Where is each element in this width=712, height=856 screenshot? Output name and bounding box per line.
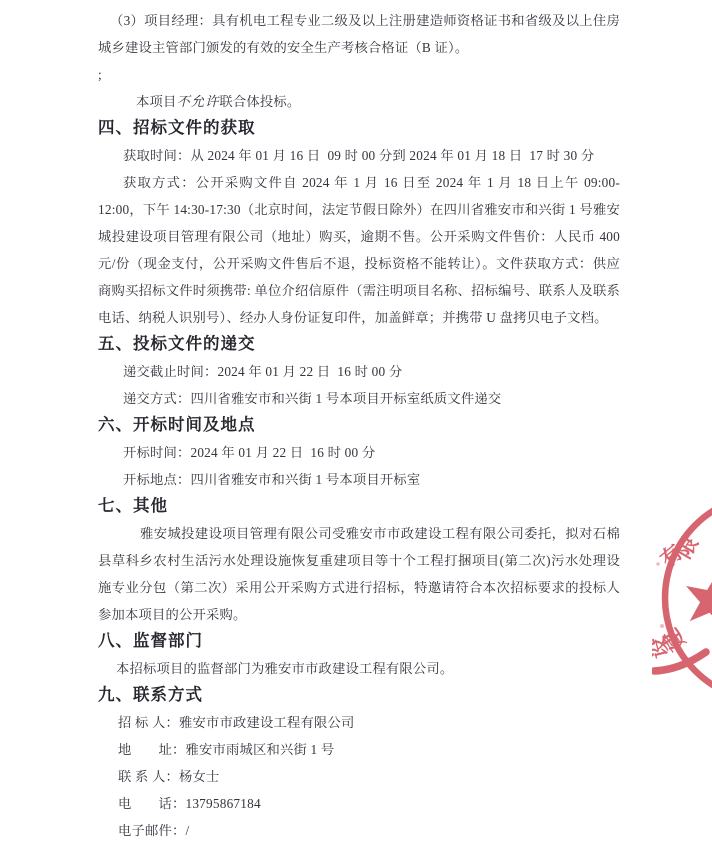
official-seal: 有 限 建 设: [652, 506, 712, 696]
contact-label: 地 址：: [118, 742, 185, 757]
section-title-bid-submission: 五、投标文件的递交: [98, 331, 620, 358]
contact-row-person: 联 系 人：杨女士: [98, 763, 620, 790]
contact-row-tenderee: 招 标 人：雅安市市政建设工程有限公司: [98, 709, 620, 736]
consortium-emphasis: 不允许: [177, 94, 220, 109]
contact-row-email: 电子邮件：/: [98, 817, 620, 844]
contact-value: 杨女士: [179, 769, 220, 784]
seal-speckle: [660, 624, 664, 628]
official-seal-graphic: 有 限 建 设: [652, 506, 712, 696]
contact-value: 雅安市雨城区和兴街 1 号: [185, 742, 334, 757]
contact-label: 电 话：: [118, 796, 185, 811]
contact-label: 联 系 人：: [118, 769, 179, 784]
supervision-description: 本招标项目的监督部门为雅安市市政建设工程有限公司。: [98, 655, 620, 682]
contact-label: 电子邮件：: [118, 823, 185, 838]
seal-char: 有: [656, 540, 688, 572]
submission-method: 递交方式：四川省雅安市和兴街 1 号本项目开标室纸质文件递交: [98, 385, 620, 412]
section-title-document-acquisition: 四、招标文件的获取: [98, 115, 620, 142]
contact-label: 招 标 人：: [118, 715, 179, 730]
stray-semicolon-mark: ;: [98, 61, 620, 88]
notice-body: （3）项目经理：具有机电工程专业二级及以上注册建造师资格证书和省级及以上住房城乡…: [98, 7, 620, 844]
other-description: 雅安城投建设项目管理有限公司受雅安市市政建设工程有限公司委托，拟对石棉县草科乡农…: [98, 520, 620, 628]
consortium-clause: 本项目不允许联合体投标。: [98, 88, 620, 115]
seal-ring-bottom-arc: [654, 652, 706, 671]
opening-location: 开标地点：四川省雅安市和兴街 1 号本项目开标室: [98, 466, 620, 493]
scanned-tender-notice-page: （3）项目经理：具有机电工程专业二级及以上注册建造师资格证书和省级及以上住房城乡…: [0, 0, 712, 856]
section-title-other: 七、其他: [98, 493, 620, 520]
contact-value: 雅安市市政建设工程有限公司: [179, 715, 354, 730]
seal-char: 建: [658, 624, 690, 655]
acquisition-time: 获取时间：从 2024 年 01 月 16 日 09 时 00 分到 2024 …: [98, 142, 620, 169]
section-title-bid-opening: 六、开标时间及地点: [98, 412, 620, 439]
seal-speckle: [656, 562, 659, 565]
contact-row-address: 地 址：雅安市雨城区和兴街 1 号: [98, 736, 620, 763]
seal-star: [679, 566, 712, 631]
submission-deadline: 递交截止时间：2024 年 01 月 22 日 16 时 00 分: [98, 358, 620, 385]
acquisition-method: 获取方式：公开采购文件自 2024 年 1 月 16 日至 2024 年 1 月…: [98, 169, 620, 331]
consortium-prefix: 本项目: [136, 94, 177, 109]
seal-char: 限: [672, 533, 702, 563]
opening-time: 开标时间：2024 年 01 月 22 日 16 时 00 分: [98, 439, 620, 466]
contact-value: 13795867184: [185, 796, 260, 811]
consortium-suffix: 联合体投标。: [219, 94, 300, 109]
section-title-supervision-department: 八、监督部门: [98, 628, 620, 655]
contact-value: /: [185, 823, 189, 838]
contact-row-phone: 电 话：13795867184: [98, 790, 620, 817]
seal-char: 设: [652, 634, 673, 660]
section-title-contact-info: 九、联系方式: [98, 682, 620, 709]
project-manager-requirement: （3）项目经理：具有机电工程专业二级及以上注册建造师资格证书和省级及以上住房城乡…: [98, 7, 620, 61]
seal-ring: [665, 506, 712, 696]
